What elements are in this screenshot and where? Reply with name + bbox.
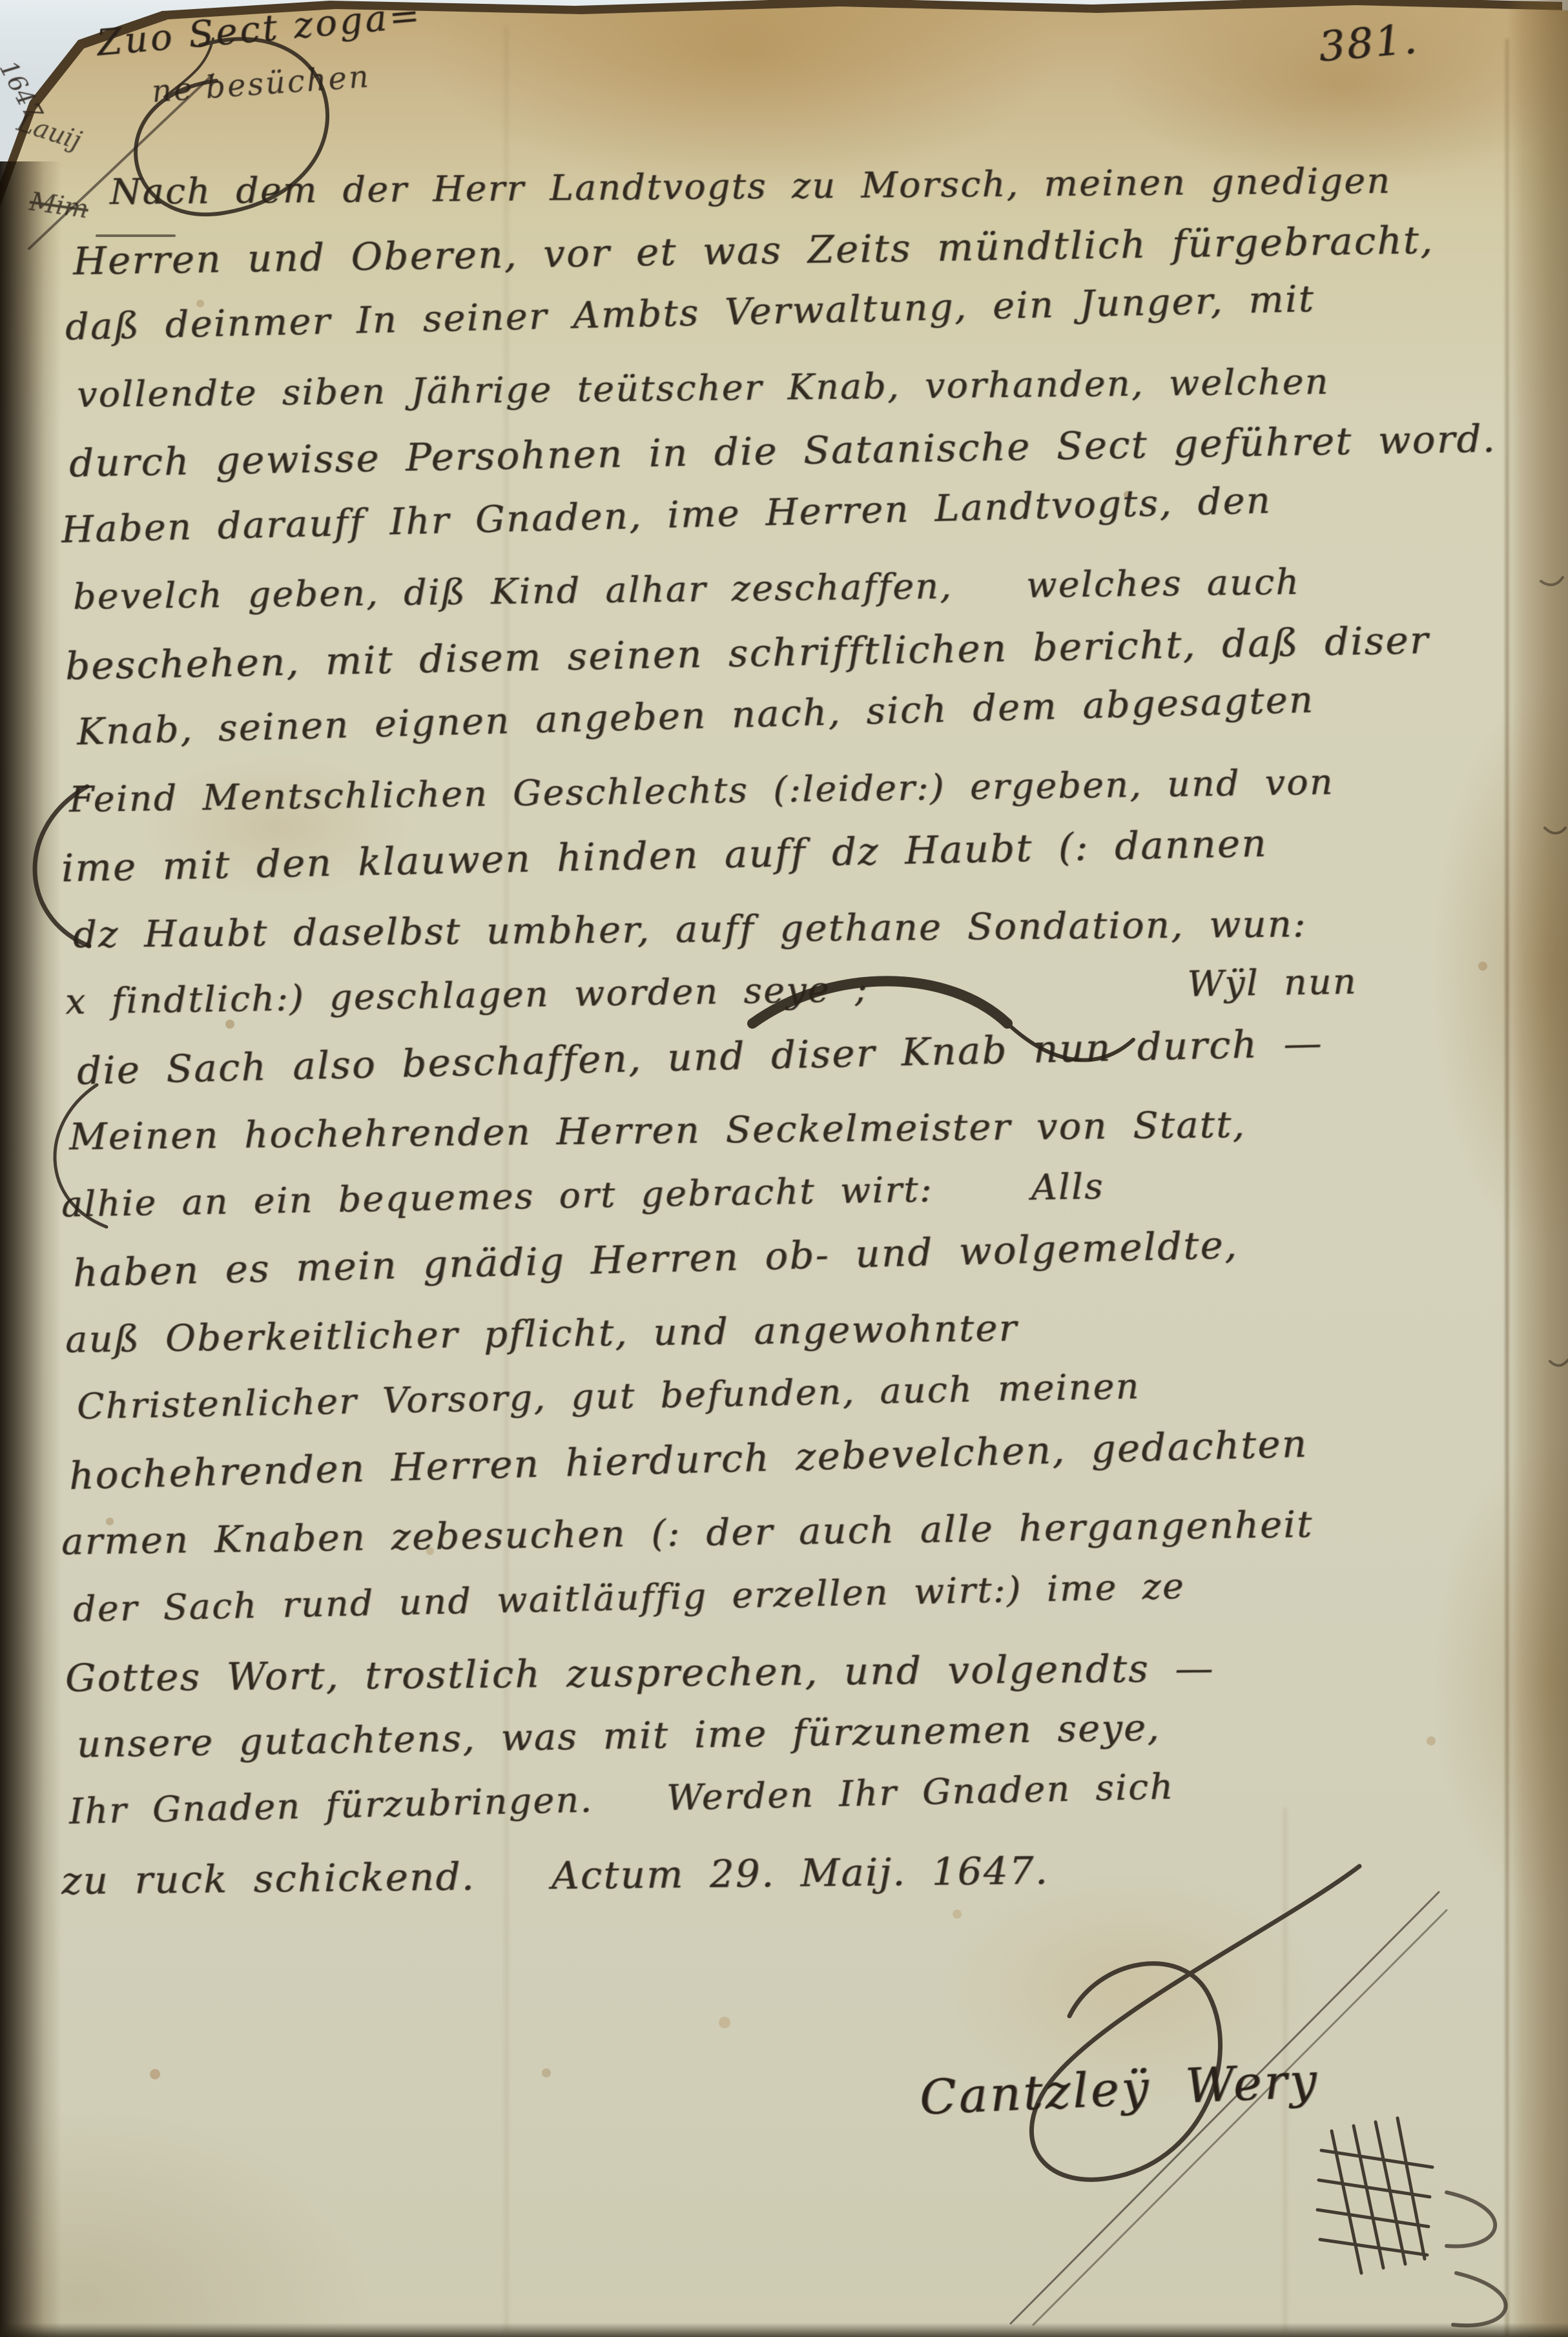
manuscript-line: Ihr Gnaden fürzubringen. Werden Ihr Gnad… <box>68 1769 1174 1829</box>
manuscript-line: durch gewisse Persohnen in die Satanisch… <box>68 419 1496 482</box>
manuscript-line: dz Haubt daselbst umbher, auff gethane S… <box>73 906 1307 954</box>
manuscript-line: daß deinmer In seiner Ambts Verwaltung, … <box>65 281 1315 346</box>
manuscript-line: ime mit den klauwen hinden auff dz Haubt… <box>61 824 1268 887</box>
manuscript-line: Knab, seinen eignen angeben nach, sich d… <box>76 682 1314 751</box>
manuscript-line: x findtlich:) geschlagen worden seye ; W… <box>65 964 1357 1020</box>
manuscript-line: beschehen, mit disem seinen schrifftlich… <box>65 621 1430 685</box>
manuscript-line: die Sach also beschaffen, und diser Knab… <box>76 1024 1323 1090</box>
manuscript-line: auß Oberkeitlicher pflicht, und angewohn… <box>65 1310 1018 1358</box>
chancery-signature: Cantzleÿ Wery <box>918 2057 1320 2122</box>
manuscript-line: hochehrenden Herren hierdurch zebevelche… <box>68 1424 1308 1494</box>
manuscript-line: Herren und Oberen, vor et was Zeits münd… <box>73 220 1434 280</box>
manuscript-line: vollendte siben Jährige teütscher Knab, … <box>77 364 1330 412</box>
manuscript-line: der Sach rund und waitläuffig erzellen w… <box>72 1568 1185 1627</box>
manuscript-photo: { "document": { "kind": "handwritten arc… <box>0 0 1568 2337</box>
margin-note-struck-out: Mim <box>28 189 90 222</box>
ink-text-layer: Zuo Sect zoga= ne besüchen 1647 Lauij Mi… <box>0 0 1568 2337</box>
manuscript-line: haben es mein gnädig Herren ob- und wolg… <box>72 1226 1238 1292</box>
manuscript-line: unsere gutachtens, was mit ime fürzuneme… <box>77 1709 1161 1763</box>
manuscript-line: Nach dem der Herr Landtvogts zu Morsch, … <box>110 163 1392 210</box>
manuscript-line: Haben darauff Ihr Gnaden, ime Herren Lan… <box>61 482 1272 549</box>
manuscript-line: Feind Mentschlichen Geschlechts (:leider… <box>69 764 1334 817</box>
register-heading-line2: ne besüchen <box>150 61 371 107</box>
manuscript-line: Meinen hochehrenden Herren Seckelmeister… <box>69 1107 1246 1156</box>
register-heading-line1: Zuo Sect zoga= <box>96 0 424 62</box>
manuscript-line: armen Knaben zebesuchen (: der auch alle… <box>61 1507 1314 1561</box>
manuscript-line: Christenlicher Vorsorg, gut befunden, au… <box>76 1368 1140 1425</box>
manuscript-line: zu ruck schickend. Actum 29. Maij. 1647. <box>61 1851 1049 1899</box>
manuscript-line: bevelch geben, diß Kind alhar zeschaffen… <box>73 564 1301 615</box>
manuscript-line: Gottes Wort, trostlich zusprechen, und v… <box>65 1649 1215 1697</box>
margin-note-word: Lauij <box>14 109 85 154</box>
page-number: 381. <box>1317 19 1419 68</box>
manuscript-line: alhie an ein bequemes ort gebracht wirt:… <box>61 1168 1105 1222</box>
